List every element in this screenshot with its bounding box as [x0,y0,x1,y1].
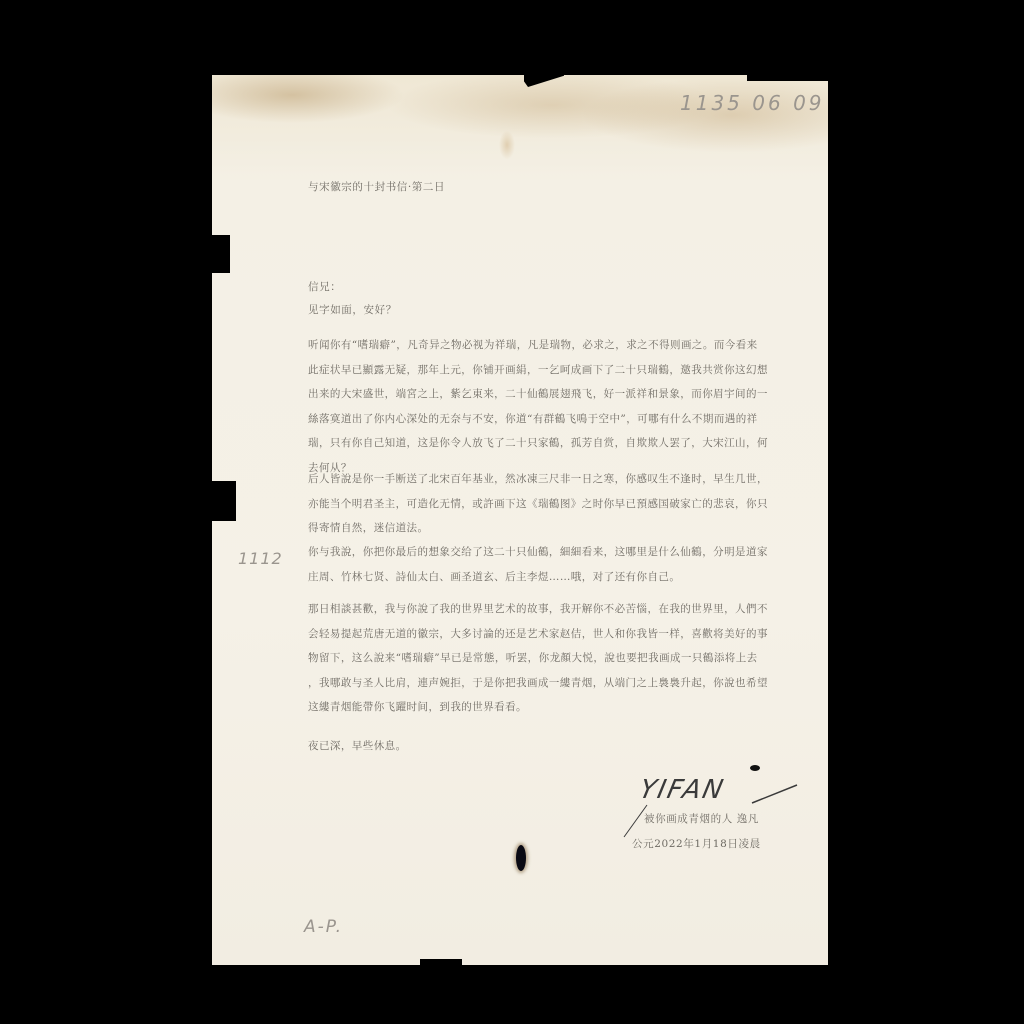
pencil-margin-number: 1112 [238,549,283,568]
paragraph-line: 这縷青烟能帶你飞躍时间，到我的世界看看。 [308,695,798,720]
paper-tear [212,481,236,521]
paragraph-1: 听闻你有“嗜瑞癖”，凡奇异之物必视为祥瑞，凡是瑞物，必求之，求之不得则画之。而今… [308,333,798,480]
paragraph-line: 听闻你有“嗜瑞癖”，凡奇异之物必视为祥瑞，凡是瑞物，必求之，求之不得则画之。而今… [308,333,798,358]
paper-tear [420,959,462,967]
paragraph-3: 你与我說，你把你最后的想象交给了这二十只仙鶴，細細看来，这哪里是什么仙鶴，分明是… [308,540,798,589]
salutation: 信兄： [308,275,341,300]
letter-paper: 1135 06 09 与宋徽宗的十封书信·第二日 信兄： 见字如面，安好？ 听闻… [212,75,828,965]
pencil-archive-number: 1135 06 09 [680,91,825,115]
paragraph-4: 那日相談甚歡，我与你說了我的世界里艺术的故事，我开解你不必苦惱，在我的世界里，人… [308,597,798,720]
paragraph-line: 亦能当个明君圣主，可造化无情，或許画下这《瑞鶴图》之时你早已預感国破家亡的悲哀，… [308,492,798,517]
paragraph-line: 此症状早已顯露无疑，那年上元，你铺开画絹，一乞呵成画下了二十只瑞鶴，邀我共赏你这… [308,358,798,383]
paragraph-line: 你与我說，你把你最后的想象交给了这二十只仙鶴，細細看来，这哪里是什么仙鶴，分明是… [308,540,798,565]
paragraph-line: 会轻易提起荒唐无道的徽宗，大多讨論的还是艺术家赵佶，世人和你我皆一样，喜歡将美好… [308,622,798,647]
paragraph-line: 庄周、竹林七贤、詩仙太白、画圣道玄、后主李煜……哦，对了还有你自己。 [308,565,798,590]
paragraph-line: 絲落寞道出了你内心深处的无奈与不安，你道“有群鶴飞鳴于空中”，可哪有什么不期而遇… [308,407,798,432]
paragraph-line: 夜已深，早些休息。 [308,734,798,759]
paragraph-line: 得寄情自然，迷信道法。 [308,516,798,541]
sign-off: 被你画成青烟的人 逸凡 [644,807,759,832]
paper-tear [212,235,230,273]
pencil-note-ap: A-P. [304,917,343,937]
letter-title: 与宋徽宗的十封书信·第二日 [308,175,445,200]
paragraph-line: 那日相談甚歡，我与你說了我的世界里艺术的故事，我开解你不必苦惱，在我的世界里，人… [308,597,798,622]
paper-hole [516,845,526,871]
paragraph-2: 后人皆說是你一手断送了北宋百年基业，然冰凍三尺非一日之寒，你感叹生不逢时，早生几… [308,467,798,541]
paragraph-line: 物留下，这么說来“嗜瑞癖”早已是常態，听罢，你龙顏大悦，說也要把我画成一只鶴添将… [308,646,798,671]
ink-blot [750,765,760,771]
paragraph-line: 出来的大宋盛世，端宮之上，紫乞東来，二十仙鶴展翅飛飞，好一派祥和景象，而你眉宇间… [308,382,798,407]
date-line: 公元2022年1月18日凌晨 [632,832,761,857]
paper-tear [524,73,564,87]
greeting: 见字如面，安好？ [308,298,397,323]
paper-tear [747,73,828,81]
paragraph-line: 后人皆說是你一手断送了北宋百年基业，然冰凍三尺非一日之寒，你感叹生不逢时，早生几… [308,467,798,492]
paragraph-line: 瑞，只有你自己知道，这是你令人放飞了二十只家鶴，孤芳自赏，自欺欺人罢了，大宋江山… [308,431,798,456]
paragraph-line: ，我哪敢与圣人比肩，連声婉拒，于是你把我画成一縷青烟，从端门之上裊裊升起，你說也… [308,671,798,696]
paragraph-5: 夜已深，早些休息。 [308,734,798,759]
